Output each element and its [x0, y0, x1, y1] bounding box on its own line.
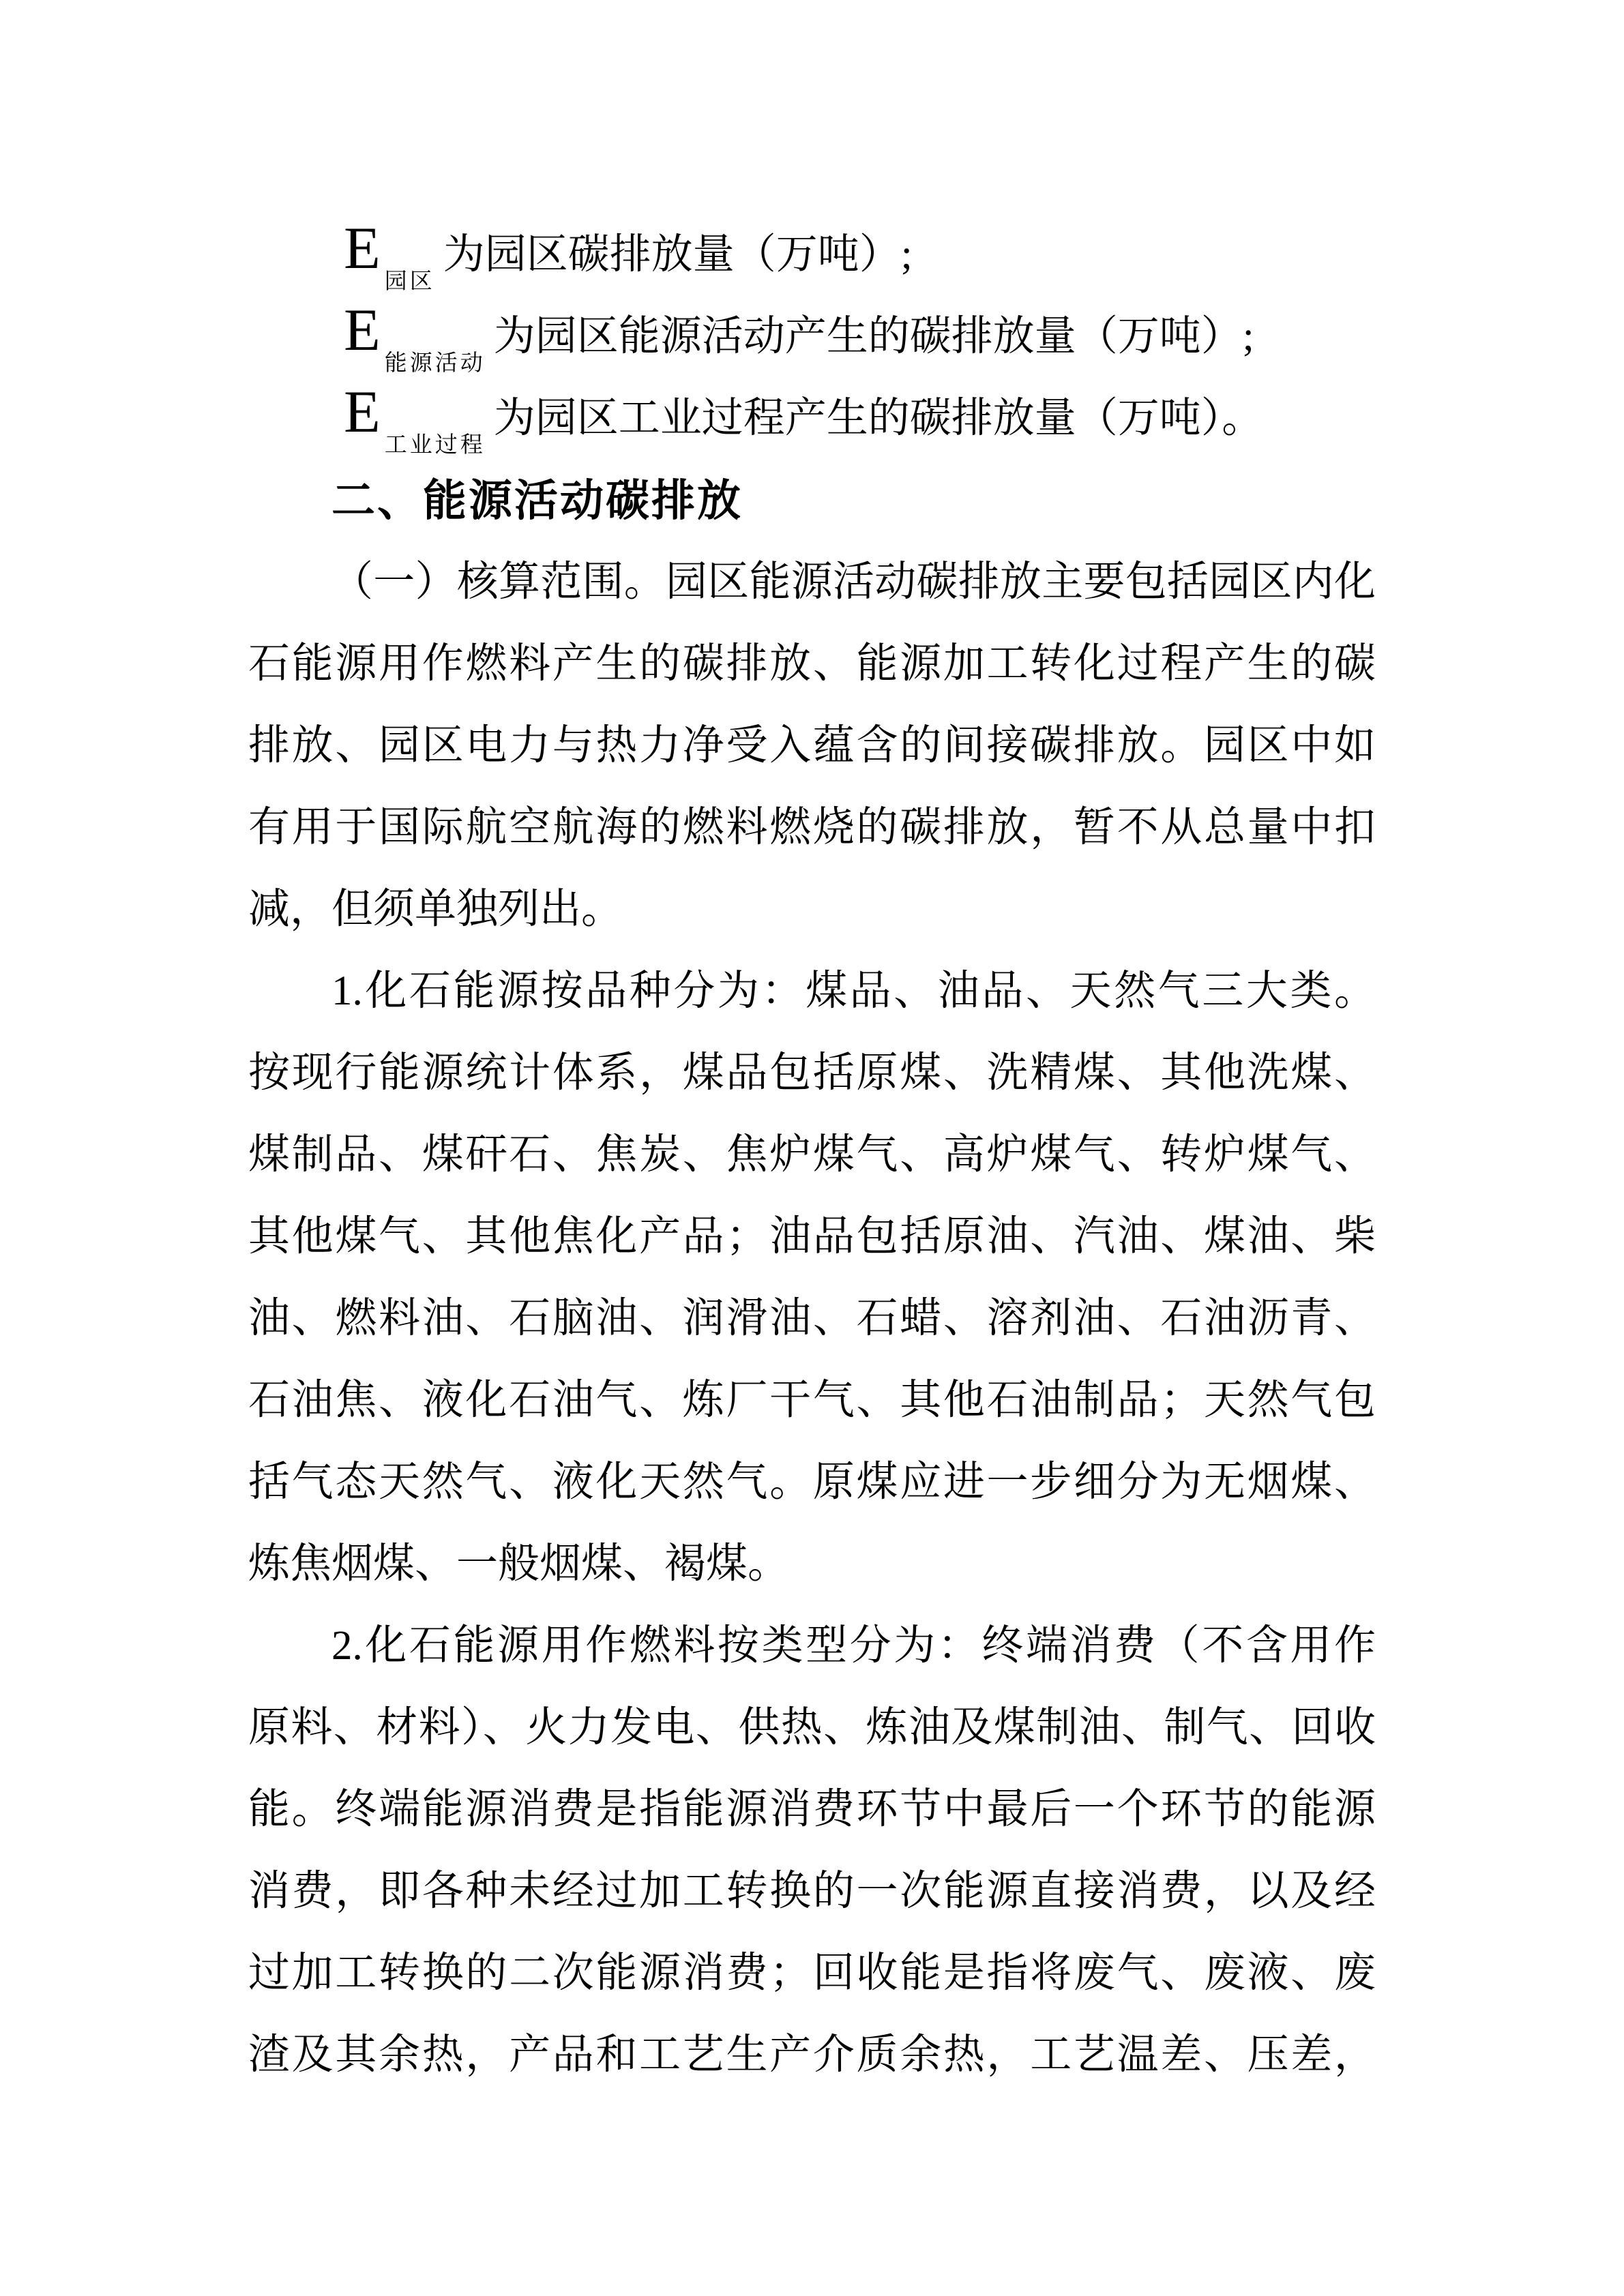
text-run: 过加工转换的二次能源消费；回收能是指将废气、废液、废: [248, 1950, 1376, 1996]
paragraph-last-line: 减，但须单独列出。: [248, 869, 1376, 951]
paragraph-first-line: 1.化石能源按品种分为：煤品、油品、天然气三大类。: [248, 951, 1376, 1032]
paragraph-line: 排放、园区电力与热力净受入蕴含的间接碳排放。园区中如: [248, 705, 1376, 787]
formula-definition-line: E园区为园区碳排放量（万吨）;: [248, 214, 1376, 296]
paragraph-line: 消费，即各种未经过加工转换的一次能源直接消费，以及经: [248, 1851, 1376, 1933]
section-heading-line: 二、能源活动碳排放: [248, 460, 1376, 541]
paragraph-first-line: 2.化石能源用作燃料按类型分为：终端消费（不含用作: [248, 1605, 1376, 1687]
text-run: 有用于国际航空航海的燃料燃烧的碳排放，暂不从总量中扣: [248, 805, 1376, 850]
paragraph-last-line: 炼焦烟煤、一般烟煤、褐煤。: [248, 1523, 1376, 1605]
paragraph-line: 括气态天然气、液化天然气。原煤应进一步细分为无烟煤、: [248, 1442, 1376, 1523]
formula-symbol-E: E: [344, 297, 381, 363]
formula-definition-line: E能源活动为园区能源活动产生的碳排放量（万吨）;: [248, 296, 1376, 378]
text-run: 其他煤气、其他焦化产品；油品包括原油、汽油、煤油、柴: [248, 1214, 1376, 1259]
formula-definition-line: E工业过程为园区工业过程产生的碳排放量（万吨）。: [248, 378, 1376, 460]
heading-text: 二、能源活动碳排放: [331, 476, 743, 525]
text-run: 煤制品、煤矸石、焦炭、焦炉煤气、高炉煤气、转炉煤气、: [248, 1132, 1376, 1178]
formula-subscript: 工业过程: [385, 433, 486, 458]
text-run: 炼焦烟煤、一般烟煤、褐煤。: [248, 1541, 789, 1587]
paragraph-line: 石能源用作燃料产生的碳排放、能源加工转化过程产生的碳: [248, 623, 1376, 705]
text-run: 为园区能源活动产生的碳排放量（万吨）;: [494, 314, 1254, 359]
text-column: E园区为园区碳排放量（万吨）;E能源活动为园区能源活动产生的碳排放量（万吨）;E…: [248, 214, 1376, 2096]
paragraph-line: 石油焦、液化石油气、炼厂干气、其他石油制品；天然气包: [248, 1360, 1376, 1442]
text-run: 渣及其余热，产品和工艺生产介质余热，工艺温差、压差，: [248, 2032, 1376, 2078]
paragraph-line: 按现行能源统计体系，煤品包括原煤、洗精煤、其他洗煤、: [248, 1032, 1376, 1114]
paragraph-first-line: （一）核算范围。园区能源活动碳排放主要包括园区内化: [248, 541, 1376, 623]
text-run: 原料、材料）、火力发电、供热、炼油及煤制油、制气、回收: [248, 1705, 1376, 1750]
paragraph-line: 煤制品、煤矸石、焦炭、焦炉煤气、高炉煤气、转炉煤气、: [248, 1114, 1376, 1196]
paragraph-line: 原料、材料）、火力发电、供热、炼油及煤制油、制气、回收: [248, 1687, 1376, 1769]
paragraph-line: 过加工转换的二次能源消费；回收能是指将废气、废液、废: [248, 1933, 1376, 2014]
text-run: 按现行能源统计体系，煤品包括原煤、洗精煤、其他洗煤、: [248, 1050, 1376, 1096]
text-run: 减，但须单独列出。: [248, 886, 623, 932]
text-run: 为园区工业过程产生的碳排放量（万吨）。: [494, 396, 1264, 441]
formula-subscript: 园区: [385, 269, 435, 294]
text-run: 括气态天然气、液化天然气。原煤应进一步细分为无烟煤、: [248, 1459, 1376, 1505]
text-run: 1.化石能源按品种分为：煤品、油品、天然气三大类。: [331, 968, 1376, 1014]
text-run: 为园区碳排放量（万吨）;: [443, 232, 913, 278]
paragraph-line: 其他煤气、其他焦化产品；油品包括原油、汽油、煤油、柴: [248, 1196, 1376, 1278]
text-run: 能。终端能源消费是指能源消费环节中最后一个环节的能源: [248, 1787, 1376, 1832]
text-run: 油、燃料油、石脑油、润滑油、石蜡、溶剂油、石油沥青、: [248, 1296, 1376, 1341]
text-run: （一）核算范围。园区能源活动碳排放主要包括园区内化: [331, 559, 1376, 605]
text-run: 2.化石能源用作燃料按类型分为：终端消费（不含用作: [331, 1623, 1376, 1669]
paragraph-line: 油、燃料油、石脑油、润滑油、石蜡、溶剂油、石油沥青、: [248, 1278, 1376, 1360]
formula-symbol-E: E: [344, 379, 381, 445]
text-run: 消费，即各种未经过加工转换的一次能源直接消费，以及经: [248, 1868, 1376, 1914]
document-page: E园区为园区碳排放量（万吨）;E能源活动为园区能源活动产生的碳排放量（万吨）;E…: [0, 0, 1624, 2296]
paragraph-line: 渣及其余热，产品和工艺生产介质余热，工艺温差、压差，: [248, 2014, 1376, 2096]
formula-subscript: 能源活动: [385, 351, 486, 376]
text-run: 石油焦、液化石油气、炼厂干气、其他石油制品；天然气包: [248, 1377, 1376, 1423]
paragraph-line: 有用于国际航空航海的燃料燃烧的碳排放，暂不从总量中扣: [248, 787, 1376, 869]
text-run: 排放、园区电力与热力净受入蕴含的间接碳排放。园区中如: [248, 723, 1376, 769]
paragraph-line: 能。终端能源消费是指能源消费环节中最后一个环节的能源: [248, 1769, 1376, 1851]
text-run: 石能源用作燃料产生的碳排放、能源加工转化过程产生的碳: [248, 641, 1376, 687]
formula-symbol-E: E: [344, 215, 381, 282]
